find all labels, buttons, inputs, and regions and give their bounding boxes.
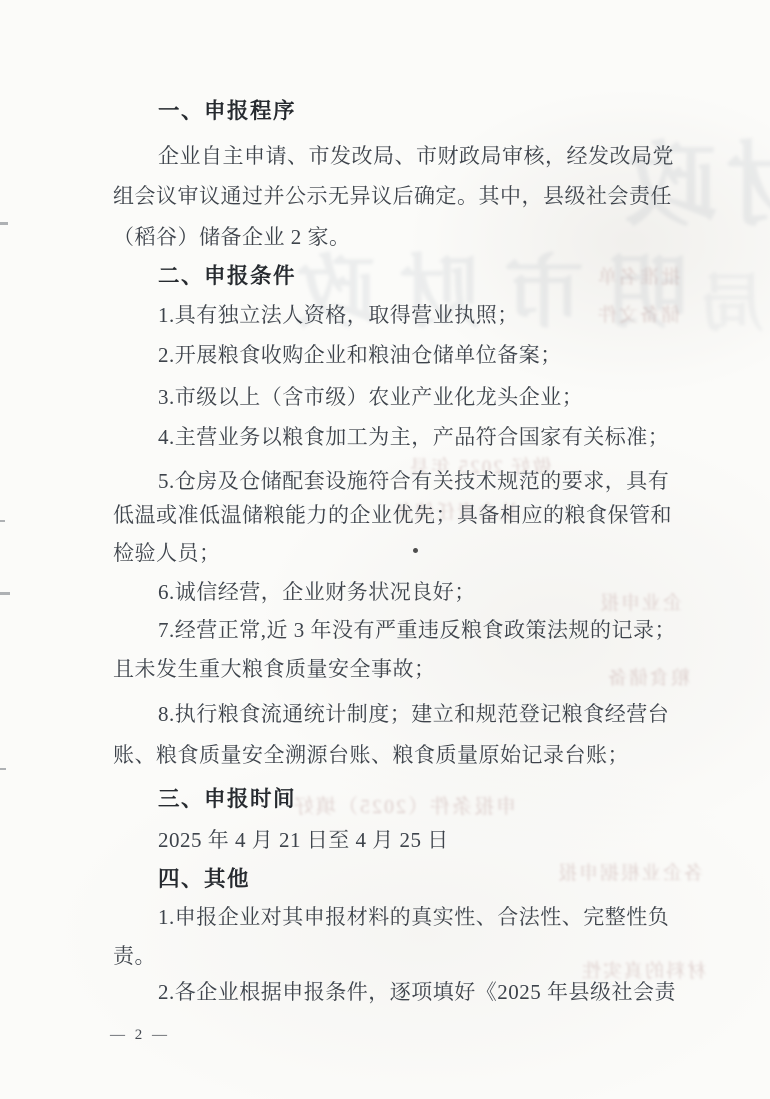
bleedthrough-fragment: 各企业根据申报 (556, 858, 703, 885)
bleedthrough-fragment: 批准名单 (596, 262, 680, 289)
body-line: 1.申报企业对其申报材料的真实性、合法性、完整性负 (158, 902, 669, 932)
section-heading-3: 三、申报时间 (158, 784, 296, 814)
page-number: — 2 — (110, 1027, 170, 1044)
body-line: 组会议审议通过并公示无异议后确定。其中，县级社会责任 (113, 181, 672, 211)
section-heading-4: 四、其他 (158, 864, 250, 894)
body-line: 2.开展粮食收购企业和粮油仓储单位备案； (158, 340, 562, 370)
scan-edge-mark (0, 222, 8, 225)
bleedthrough-fragment: 企业申报 (598, 588, 682, 615)
body-line: 账、粮食质量安全溯源台账、粮食质量原始记录台账； (113, 740, 629, 770)
bleedthrough-corner-text-2: 局 (700, 252, 764, 344)
scan-edge-mark (0, 592, 10, 595)
body-line: 2025 年 4 月 21 日至 4 月 25 日 (158, 825, 449, 855)
bleedthrough-fragment: 粮食储备 (606, 663, 690, 690)
scan-edge-mark (0, 768, 6, 770)
body-line: 5.仓房及仓储配套设施符合有关技术规范的要求，具有 (158, 466, 669, 496)
bleedthrough-fragment: 申报条件（2025）填好 (292, 790, 516, 819)
body-line: 企业自主申请、市发改局、市财政局审核，经发改局党 (158, 141, 674, 171)
body-line: 7.经营正常,近 3 年没有严重违反粮食政策法规的记录； (158, 615, 676, 645)
scanned-document-page: 财政 明市财政 局 批准名单 储备文件 做好 2025 年县 社会责任储备 企业… (0, 0, 770, 1099)
body-line: （稻谷）储备企业 2 家。 (113, 222, 351, 252)
body-line: 3.市级以上（含市级）农业产业化龙头企业； (158, 382, 583, 412)
body-line: 8.执行粮食流通统计制度；建立和规范登记粮食经营台 (158, 699, 669, 729)
body-line: 6.诚信经营，企业财务状况良好； (158, 577, 476, 607)
body-line: 4.主营业务以粮食加工为主，产品符合国家有关标准； (158, 422, 669, 452)
section-heading-2: 二、申报条件 (158, 261, 296, 291)
bleedthrough-corner-text: 财政 (615, 112, 770, 244)
section-heading-1: 一、申报程序 (158, 96, 296, 126)
stray-ink-dot (413, 548, 418, 553)
body-line: 且未发生重大粮食质量安全事故； (113, 654, 436, 684)
scan-edge-mark (0, 520, 5, 522)
body-line: 2.各企业根据申报条件，逐项填好《2025 年县级社会责 (158, 977, 676, 1007)
bleedthrough-fragment: 储备文件 (596, 300, 680, 327)
body-line: 责。 (113, 941, 156, 971)
body-line: 检验人员； (113, 538, 221, 568)
body-line: 1.具有独立法人资格，取得营业执照； (158, 300, 519, 330)
body-line: 低温或准低温储粮能力的企业优先；具备相应的粮食保管和 (113, 500, 672, 530)
